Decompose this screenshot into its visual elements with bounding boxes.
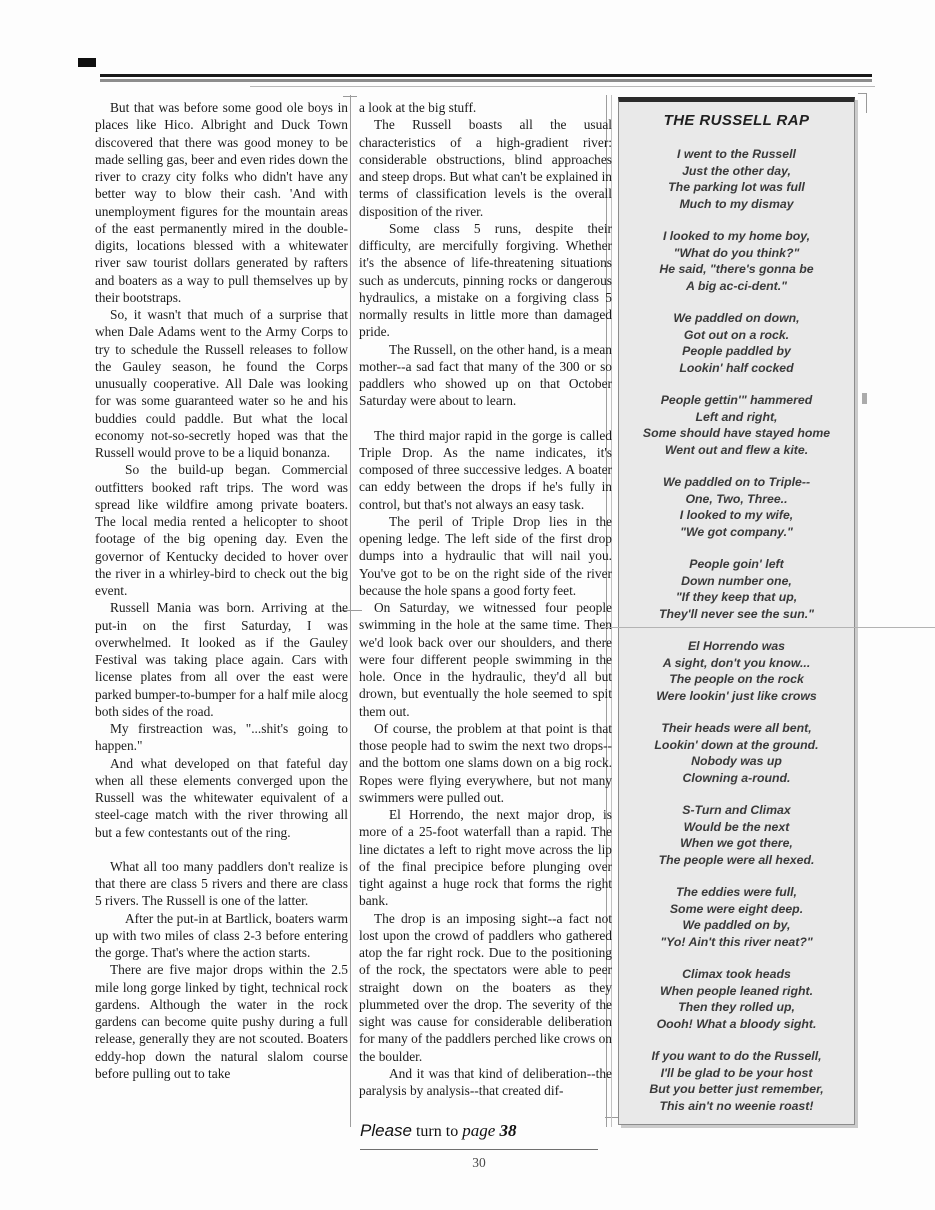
continuation-word: Please (360, 1121, 412, 1140)
body-paragraph: What all too many paddlers don't realize… (95, 858, 348, 910)
continuation-word: turn to (412, 1123, 462, 1140)
poem-stanza: If you want to do the Russell, I'll be g… (627, 1048, 846, 1114)
poem-stanza: We paddled on down, Got out on a rock. P… (627, 310, 846, 376)
top-thin-rule (250, 86, 875, 87)
continuation-word: page (462, 1121, 499, 1140)
body-paragraph: And what developed on that fateful day w… (95, 755, 348, 841)
continuation-page-number: 38 (500, 1121, 517, 1140)
body-paragraph: My firstreaction was, "...shit's going t… (95, 720, 348, 755)
poem-stanza: We paddled on to Triple-- One, Two, Thre… (627, 474, 846, 540)
page-number: 30 (360, 1155, 598, 1171)
body-paragraph: On Saturday, we witnessed four people sw… (359, 599, 612, 720)
poem-stanza: S-Turn and Climax Would be the next When… (627, 802, 846, 868)
top-double-rule (100, 74, 872, 82)
crop-mark (605, 1117, 619, 1118)
body-paragraph: Some class 5 runs, despite their difficu… (359, 220, 612, 341)
poem-stanza: I looked to my home boy, "What do you th… (627, 228, 846, 294)
poem-stanza: The eddies were full, Some were eight de… (627, 884, 846, 950)
russell-rap-sidebar: THE RUSSELL RAP I went to the Russell Ju… (618, 97, 855, 1125)
body-paragraph: There are five major drops within the 2.… (95, 961, 348, 1082)
poem-stanza: I went to the Russell Just the other day… (627, 146, 846, 212)
sidebar-title: THE RUSSELL RAP (627, 112, 846, 130)
poem-stanza: Climax took heads When people leaned rig… (627, 966, 846, 1032)
article-column-1: But that was before some good ole boys i… (95, 99, 348, 1082)
body-paragraph: After the put-in at Bartlick, boaters wa… (95, 910, 348, 962)
footer-rule (360, 1149, 598, 1150)
continuation-notice: Please turn to page 38 (360, 1121, 620, 1141)
body-paragraph: And it was that kind of deliberation--th… (359, 1065, 612, 1100)
poem-stanza: Their heads were all bent, Lookin' down … (627, 720, 846, 786)
body-paragraph: The third major rapid in the gorge is ca… (359, 427, 612, 513)
body-paragraph: So, it wasn't that much of a surprise th… (95, 306, 348, 461)
body-paragraph: The Russell boasts all the usual charact… (359, 116, 612, 220)
scan-fold-line (598, 627, 935, 628)
body-paragraph: Of course, the problem at that point is … (359, 720, 612, 806)
body-paragraph: a look at the big stuff. (359, 99, 612, 116)
body-paragraph: The drop is an imposing sight--a fact no… (359, 910, 612, 1065)
poem-stanza: People gettin'" hammered Left and right,… (627, 392, 846, 458)
poem-stanza: People goin' left Down number one, "If t… (627, 556, 846, 622)
scan-artifact-topleft (78, 58, 96, 67)
body-paragraph: Russell Mania was born. Arriving at the … (95, 599, 348, 720)
scan-artifact-rightedge (862, 393, 867, 404)
body-paragraph: The peril of Triple Drop lies in the ope… (359, 513, 612, 599)
article-column-2: a look at the big stuff. The Russell boa… (359, 99, 612, 1099)
column-divider-1 (350, 95, 351, 1127)
body-paragraph: El Horrendo, the next major drop, is mor… (359, 806, 612, 910)
body-paragraph: The Russell, on the other hand, is a mea… (359, 341, 612, 410)
body-paragraph: So the build-up began. Commercial outfit… (95, 461, 348, 599)
crop-mark (866, 93, 867, 113)
magazine-page: But that was before some good ole boys i… (0, 0, 935, 1210)
body-paragraph: But that was before some good ole boys i… (95, 99, 348, 306)
poem-stanza: El Horrendo was A sight, don't you know.… (627, 638, 846, 704)
